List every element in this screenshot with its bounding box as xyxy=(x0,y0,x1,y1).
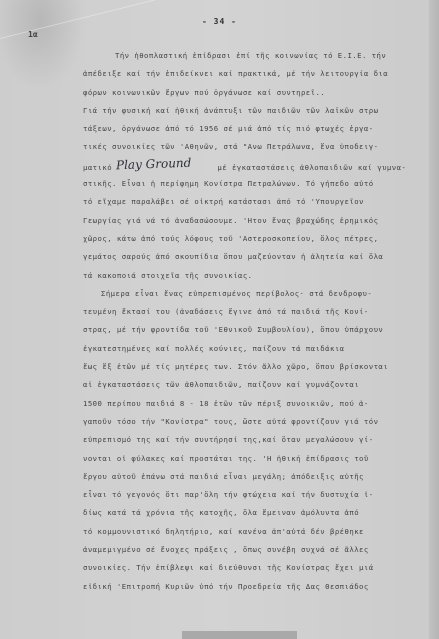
text-line: συνοικίες. Τήν ἐπίβλεψι καί διεύθυνσι τῆ… xyxy=(83,559,428,577)
text-line: φόρων κοινωνικῶν ἔργων πού ὀργάνωσε καί … xyxy=(83,84,428,102)
text-line: χῶρος, κάτω ἀπό τούς λόφους τοῦ 'Αστεροσ… xyxy=(83,230,428,248)
text-line: ἕως ἕξ ἐτῶν μέ τίς μητέρες των. Στόν ἄλλ… xyxy=(83,358,428,376)
text-segment: μέ ἐγκαταστάσεις ἀθλοπαιδιῶν καί γυμνα- xyxy=(217,163,406,172)
page-edge-shadow xyxy=(429,0,439,639)
page-number: - 34 - xyxy=(0,17,439,26)
typewritten-body: Τήν ἠθοπλαστική ἐπίδρασι ἐπί τῆς κοινωνί… xyxy=(83,47,428,596)
text-line: τευμένη ἔκτασί του (ἀναδάσεις ἔγινε ἀπό … xyxy=(83,303,428,321)
text-line: ἔργου αὐτοῦ ἐπάνω στά παιδιά εἶναι μεγάλ… xyxy=(83,468,428,486)
text-line: Γιά τήν φυσική καί ἠθική ἀνάπτυξι τῶν πα… xyxy=(83,102,428,120)
text-line: τικές συνοικίες τῶν 'Αθηνῶν, στά "Ανω Πε… xyxy=(83,138,428,156)
text-line: ἀναμεμιγμένο σέ ἔνοχες πράξεις , ὅπως συ… xyxy=(83,541,428,559)
handwritten-insert: Play Ground xyxy=(116,153,192,174)
document-page: 1α - 34 - Τήν ἠθοπλαστική ἐπίδρασι ἐπί τ… xyxy=(0,0,439,639)
text-segment: ματικό xyxy=(83,163,112,172)
text-line: νονται οἱ φύλακες καί προστάται της. 'Η … xyxy=(83,450,428,468)
text-line: ἐγκατεστημένες καί πολλές κούνιες, παίζο… xyxy=(83,340,428,358)
text-line: εὐπρεπισμό της καί τήν συντήρησί της,καί… xyxy=(83,431,428,449)
text-line-with-handwriting: ματικόPlay Groundμέ ἐγκαταστάσεις ἀθλοπα… xyxy=(83,157,428,175)
text-line: εἶναι τό γεγονός ὅτι παρ'ὅλη τήν φτώχεια… xyxy=(83,486,428,504)
text-line: Γεωργίας γιά νά τό ἀναδασώσουμε. 'Ητον ἕ… xyxy=(83,212,428,230)
text-line: γαποῦν τόσο τήν "Κονίστρα" τους, ὥστε αὐ… xyxy=(83,413,428,431)
text-line: τά κακοποιά στοιχεῖα τῆς συνοικίας. xyxy=(83,267,428,285)
margin-annotation: 1α xyxy=(28,30,38,39)
text-line: τό εἴχαμε παραλάβει σέ οἰκτρή κατάστασι … xyxy=(83,193,428,211)
text-line: αἱ ἐγκαταστάσεις τῶν ἀθλοπαιδιῶν, παίζου… xyxy=(83,376,428,394)
text-line: 1500 περίπου παιδιά 8 - 18 ἐτῶν τῶν πέρι… xyxy=(83,395,428,413)
text-line: εἰδική 'Επιτροπή Κυριῶν ὑπό τήν Προεδρεί… xyxy=(83,578,428,596)
text-line: δίως κατά τά χρόνια τῆς κατοχῆς, ὅλα ἔμε… xyxy=(83,504,428,522)
text-line: ἀπέδειξε καί τήν ἐπιδείκνει καί πρακτικά… xyxy=(83,65,428,83)
text-line: Τήν ἠθοπλαστική ἐπίδρασι ἐπί τῆς κοινωνί… xyxy=(83,47,428,65)
text-line: τάξεων, ὀργάνωσε ἀπό τό 1956 σέ μιά ἀπό … xyxy=(83,120,428,138)
scan-shadow-block xyxy=(182,631,297,639)
text-line: στικῆς. Εἶναι ἡ περίφημη Κονίστρα Πετραλ… xyxy=(83,175,428,193)
text-line: στρας, μέ τήν φροντίδα τοῦ 'Εθνικοῦ Συμβ… xyxy=(83,321,428,339)
text-line: γεμάτος σαρούς ἀπό σκουπίδια ὅπου μαζεύο… xyxy=(83,248,428,266)
text-line: Σήμερα εἶναι ἕνας εὐπρεπισμένος περίβολο… xyxy=(83,285,428,303)
text-line: τό κομμουνιστικό δηλητήριο, καί κανένα ἀ… xyxy=(83,523,428,541)
